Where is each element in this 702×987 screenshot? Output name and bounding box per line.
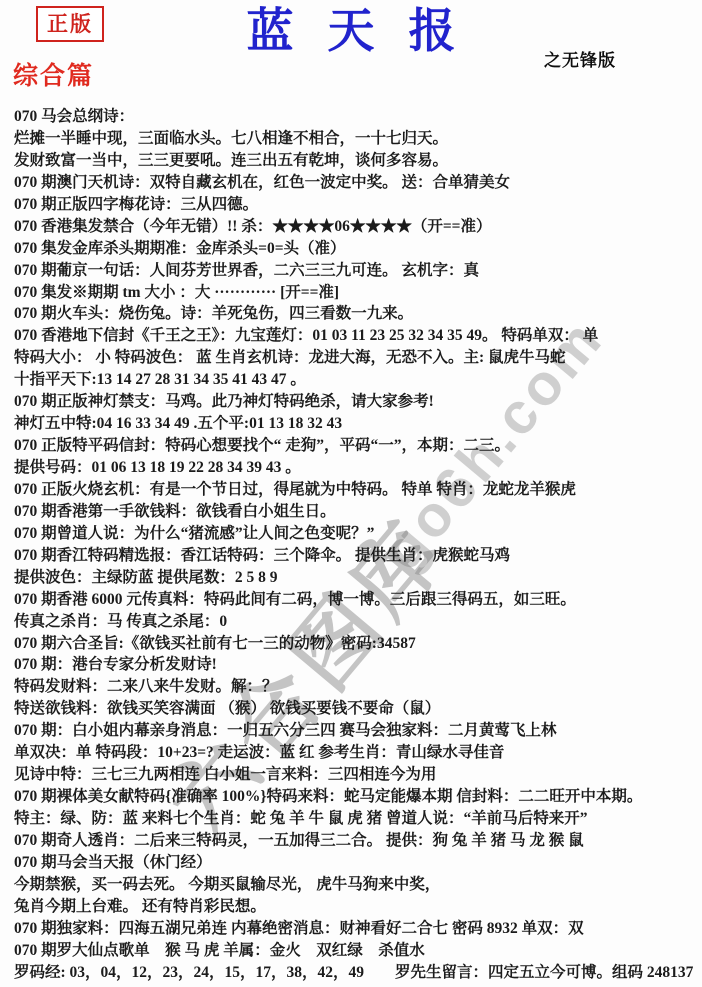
tip-line: 特主：绿、防：蓝 来料七个生肖：蛇 兔 羊 牛 鼠 虎 猪 曾道人说：“羊前马后…	[14, 808, 702, 830]
tip-line: 十指平天下:13 14 27 28 31 34 35 41 43 47 。	[14, 369, 702, 391]
newspaper-page: 正版 蓝天报 之无锋版 综合篇 go6h.com 六合图库 070 马会总纲诗：…	[0, 0, 702, 987]
tip-line: 提供号码：01 06 13 18 19 22 28 34 39 43 。	[14, 457, 702, 479]
tip-line: 特送欲钱料：欲钱买笑容满面 （猴） 欲钱买要钱不要命（鼠）	[14, 698, 702, 720]
tip-line: 提供波色：主绿防蓝 提供尾数：2 5 8 9	[14, 567, 702, 589]
tip-line: 070 香港地下信封《千王之王》：九宝莲灯：01 03 11 23 25 32 …	[14, 325, 702, 347]
tip-line: 见诗中特：三七三九两相连 白小姐一言来料：三四相连今为用	[14, 764, 702, 786]
tip-line: 罗码经: 03，04，12，23，24，15，17，38，42，49 罗先生留言…	[14, 962, 702, 984]
tip-line: 070 期独家料：四海五湖兄弟连 内幕绝密消息：财神看好二合七 密码 8932 …	[14, 918, 702, 940]
tip-line: 070 期曾道人说：为什么“猪流感”让人间之色变呢？”	[14, 523, 702, 545]
tip-line: 特码发财料：二来八来牛发财。解：？	[14, 676, 702, 698]
edition-label: 之无锋版	[544, 46, 616, 71]
tip-line: 传真之杀肖：马 传真之杀尾：0	[14, 611, 702, 633]
tips-list: 070 马会总纲诗：烂摊一半睡中现，三面临水头。七八相逢不相合，一十七归天。发财…	[14, 106, 702, 984]
tip-line: 神灯五中特:04 16 33 34 49 .五个平:01 13 18 32 43	[14, 413, 702, 435]
tip-line: 070 集发金库杀头期期准：金库杀头=0=头（准）	[14, 238, 702, 260]
tip-line: 070 集发※期期 tm 大小 ：大 ············ [开==准]	[14, 282, 702, 304]
tip-line: 发财致富一当中，三三更要吼。连三出五有乾坤，谈何多容易。	[14, 150, 702, 172]
tip-line: 070 期正版神灯禁支：马鸡。此乃神灯特码绝杀，请大家参考!	[14, 391, 702, 413]
tip-line: 070 期香江特码精选报：香江话特码：三个降伞。 提供生肖：虎猴蛇马鸡	[14, 545, 702, 567]
tip-line: 特码大小： 小 特码波色： 蓝 生肖玄机诗：龙进大海，无恐不入。主: 鼠虎牛马蛇	[14, 347, 702, 369]
tip-line: 兔肖今期上台难。 还有特肖彩民想。	[14, 896, 702, 918]
tip-line: 070 正版特平码信封：特码心想要找个“ 走狗”，平码“一”，本期：二三。	[14, 435, 702, 457]
tip-line: 070 期：白小姐内幕亲身消息：一归五六分三四 赛马会独家料：二月黄莺飞上林	[14, 720, 702, 742]
tip-line: 070 期正版四字梅花诗：三从四德。	[14, 194, 702, 216]
tip-line: 今期禁猴，买一码去死。 今期买鼠输尽光， 虎牛马狗来中奖，	[14, 874, 702, 896]
tip-line: 070 期：港台专家分析发财诗!	[14, 654, 702, 676]
tip-line: 070 期澳门天机诗：双特自藏玄机在，红色一波定中奖。 送：合单猜美女	[14, 172, 702, 194]
tip-line: 070 期葡京一句话：人间芬芳世界香，二六三三九可连。 玄机字：真	[14, 260, 702, 282]
tip-line: 070 期六合圣旨:《欲钱买社前有七一三的动物》密码:34587	[14, 633, 702, 655]
tip-line: 070 期罗大仙点歌单 猴 马 虎 羊属：金火 双红绿 杀值水	[14, 940, 702, 962]
tip-line: 070 期火车头：烧伤兔。诗：羊死兔伤，四三看数一九来。	[14, 303, 702, 325]
tip-line: 烂摊一半睡中现，三面临水头。七八相逢不相合，一十七归天。	[14, 128, 702, 150]
tip-line: 070 期香港第一手欲钱料：欲钱看白小姐生日。	[14, 501, 702, 523]
tip-line: 070 正版火烧玄机：有是一个节日过，得尾就为中特码。 特单 特肖：龙蛇龙羊猴虎	[14, 479, 702, 501]
section-title: 综合篇	[13, 56, 94, 92]
tip-line: 070 期马会当天报（休门经）	[14, 852, 702, 874]
tip-line: 单双决：单 特码段：10+23=? 走运波：蓝 红 参考生肖：青山绿水寻佳音	[14, 742, 702, 764]
tip-line: 070 期奇人透肖：二后来三特码灵，一五加得三二合。 提供：狗 兔 羊 猪 马 …	[14, 830, 702, 852]
tip-line: 070 马会总纲诗：	[14, 106, 702, 128]
tip-line: 070 期裸体美女献特码{准确率 100%}特码来料：蛇马定能爆本期 信封料：二…	[14, 786, 702, 808]
tip-line: 070 期香港 6000 元传真料：特码此间有二码，博一博。三后跟三得码五，如三…	[14, 589, 702, 611]
tip-line: 070 香港集发禁合（今年无错）!! 杀：★★★★06★★★★（开==准）	[14, 216, 702, 238]
